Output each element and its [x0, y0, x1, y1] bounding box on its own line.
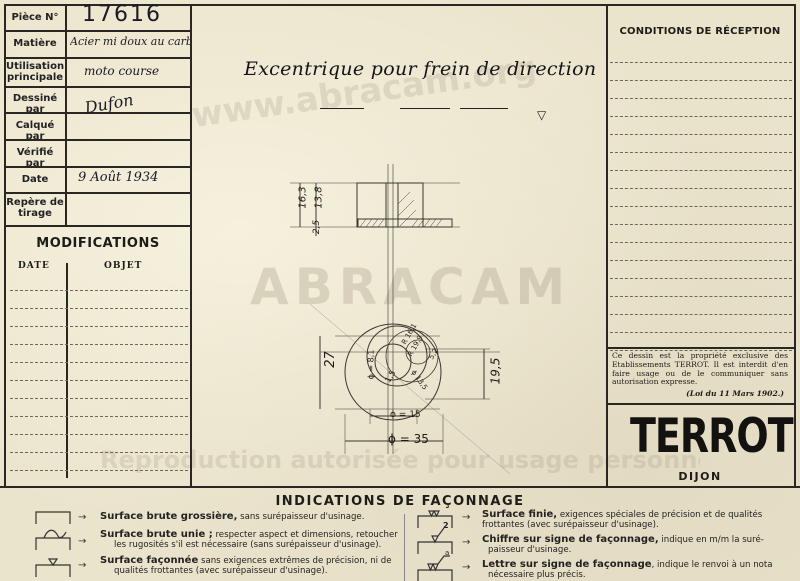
condition-row-line	[610, 134, 792, 135]
info-row-line	[4, 225, 190, 227]
dessine-par-label: Dessiné par	[6, 93, 64, 115]
symbol-letter: a	[445, 549, 449, 557]
modification-row-line	[10, 452, 188, 453]
condition-row-line	[610, 278, 792, 279]
indication-text: indique en m/m la suré-	[659, 535, 764, 545]
condition-row-line	[610, 62, 792, 63]
arrow-icon: →	[462, 512, 470, 523]
utilisation-label: Utilisation principale	[6, 61, 64, 83]
indication-item: Surface façonnée sans exigences extrêmes…	[100, 556, 400, 576]
condition-row-line	[610, 80, 792, 81]
indication-item: Surface brute unie ; respecter aspect et…	[100, 530, 400, 550]
indications-title: INDICATIONS DE FAÇONNAGE	[0, 494, 800, 509]
repere-label: Repère de tirage	[6, 197, 64, 219]
indication-continuation: les rugosités s'il est nécessaire (sans …	[100, 540, 400, 550]
modification-row-line	[10, 416, 188, 417]
indication-bold: Surface finie,	[482, 509, 557, 520]
condition-row-line	[610, 296, 792, 297]
modification-row-line	[10, 344, 188, 345]
condition-row-line	[610, 116, 792, 117]
condition-row-line	[610, 206, 792, 207]
dim-phi-35: ϕ = 35	[388, 432, 429, 446]
condition-row-line	[610, 260, 792, 261]
date-label: Date	[6, 174, 64, 185]
arrow-icon: →	[462, 537, 470, 548]
indication-bold: Surface façonnée	[100, 555, 198, 566]
condition-row-line	[610, 224, 792, 225]
condition-row-line	[610, 188, 792, 189]
frame-right	[794, 4, 796, 488]
indication-text: , indique le renvoi à un nota	[652, 560, 773, 570]
symbol-number: 2	[443, 521, 449, 530]
dim-phi-15: ϕ = 15	[390, 410, 421, 420]
condition-row-line	[610, 98, 792, 99]
condition-row-line	[610, 170, 792, 171]
drawing-sheet: www.abracam.org ABRACAM Reproduction aut…	[0, 0, 800, 581]
indication-continuation: qualités frottantes (avec surépaisseur d…	[100, 566, 400, 576]
indications-divider	[404, 514, 405, 581]
piece-no-value: 17616	[82, 2, 202, 27]
dim-19-5: 19,5	[488, 358, 502, 385]
piece-no-label: Pièce N°	[6, 12, 64, 23]
arrow-icon: →	[462, 562, 470, 573]
conditions-divider	[606, 347, 796, 349]
modification-row-line	[10, 362, 188, 363]
info-row-line	[4, 57, 190, 59]
indication-bold: Surface brute grossière,	[100, 511, 237, 522]
surface-symbols-right: 2 a	[414, 508, 458, 581]
modification-row-line	[10, 326, 188, 327]
conditions-title: CONDITIONS DE RÉCEPTION	[610, 26, 790, 37]
indication-item: Surface finie, exigences spéciales de pr…	[482, 510, 792, 530]
modification-row-line	[10, 380, 188, 381]
logo-city: DIJON	[630, 470, 770, 483]
indication-bold: Lettre sur signe de façonnage	[482, 559, 652, 570]
dim-13-8: 13,8	[314, 186, 325, 208]
matiere-value: Acier mi doux au carb.	[70, 35, 190, 48]
modifications-title: MODIFICATIONS	[6, 236, 190, 251]
dim-16-3: 16,3	[298, 186, 309, 208]
modification-row-line	[10, 398, 188, 399]
indication-text: sans surépaisseur d'usinage.	[237, 512, 364, 522]
indication-continuation: frottantes (avec surépaisseur d'usinage)…	[482, 520, 792, 530]
indication-text: exigences spéciales de précision et de q…	[557, 510, 762, 520]
indication-text: respecter aspect et dimensions, retouche…	[213, 530, 398, 540]
matiere-label: Matière	[6, 38, 64, 49]
modification-row-line	[10, 308, 188, 309]
indication-bold: Surface brute unie ;	[100, 529, 213, 540]
condition-row-line	[610, 152, 792, 153]
indication-item: Chiffre sur signe de façonnage, indique …	[482, 535, 792, 555]
mod-col-date: DATE	[18, 261, 50, 271]
mod-col-divider	[66, 263, 68, 478]
right-col-divider	[606, 4, 608, 486]
indication-continuation: paisseur d'usinage.	[482, 545, 792, 555]
dim-2-5: 2,5	[312, 220, 322, 234]
frame-bottom-divider	[0, 486, 800, 488]
dim-phi-8-1: ϕ = 8,1	[366, 350, 375, 380]
indication-item: Surface brute grossière, sans surépaisse…	[100, 512, 364, 522]
condition-row-line	[610, 314, 792, 315]
indication-bold: Chiffre sur signe de façonnage,	[482, 534, 659, 545]
indication-text: sans exigences extrêmes de précision, ni…	[198, 556, 391, 566]
verifie-par-label: Vérifié par	[6, 147, 64, 169]
indication-continuation: nécessaire plus précis.	[482, 570, 792, 580]
indication-item: Lettre sur signe de façonnage, indique l…	[482, 560, 792, 580]
mod-col-objet: OBJET	[104, 261, 142, 271]
arrow-icon: →	[78, 512, 86, 523]
ownership-notice: Ce dessin est la propriété exclusive des…	[612, 352, 788, 387]
condition-row-line	[610, 332, 792, 333]
utilisation-value: moto course	[84, 64, 204, 78]
arrow-icon: →	[78, 536, 86, 547]
surface-symbols-left	[34, 510, 74, 581]
calque-par-label: Calqué par	[6, 120, 64, 142]
ownership-law: (Loi du 11 Mars 1902.)	[612, 389, 784, 398]
info-row-line	[4, 30, 190, 32]
logo-divider	[606, 403, 796, 405]
dim-27: 27	[323, 351, 338, 368]
date-value: 9 Août 1934	[78, 170, 198, 185]
info-row-line	[4, 192, 190, 194]
modification-row-line	[10, 290, 188, 291]
arrow-icon: →	[78, 560, 86, 571]
modification-row-line	[10, 434, 188, 435]
condition-row-line	[610, 242, 792, 243]
modification-row-line	[10, 470, 188, 471]
